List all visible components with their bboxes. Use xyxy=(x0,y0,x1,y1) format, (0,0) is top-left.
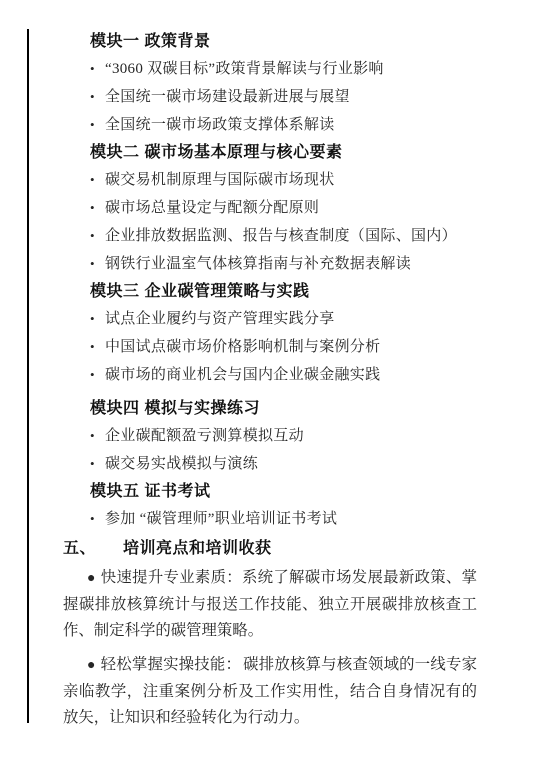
module-5: 模块五 证书考试 • 参加 “碳管理师”职业培训证书考试 xyxy=(63,478,482,533)
module-2-title: 模块二 碳市场基本原理与核心要素 xyxy=(90,139,482,166)
list-item: • 试点企业履约与资产管理实践分享 xyxy=(90,305,482,333)
list-item: • 企业碳配额盈亏测算模拟互动 xyxy=(90,422,482,450)
list-item-text: 参加 “碳管理师”职业培训证书考试 xyxy=(105,506,337,533)
bullet-dot-icon: • xyxy=(90,111,105,138)
bullet-dot-icon: • xyxy=(90,166,105,193)
list-item-text: 企业碳配额盈亏测算模拟互动 xyxy=(105,423,304,450)
list-item: • 企业排放数据监测、报告与核查制度（国际、国内） xyxy=(90,222,482,250)
page-content: 模块一 政策背景 • “3060 双碳目标”政策背景解读与行业影响 • 全国统一… xyxy=(63,28,482,739)
list-item-text: 试点企业履约与资产管理实践分享 xyxy=(105,306,335,333)
list-item-text: 钢铁行业温室气体核算指南与补充数据表解读 xyxy=(105,251,411,278)
filled-circle-icon: ● xyxy=(87,571,96,586)
highlight-paragraph-1: ●快速提升专业素质：系统了解碳市场发展最新政策、掌握碳排放核算统计与报送工作技能… xyxy=(63,565,477,644)
list-item: • 碳交易机制原理与国际碳市场现状 xyxy=(90,166,482,194)
bullet-dot-icon: • xyxy=(90,250,105,277)
list-item-text: 全国统一碳市场建设最新进展与展望 xyxy=(105,84,350,111)
bullet-dot-icon: • xyxy=(90,422,105,449)
highlight-paragraph-2: ●轻松掌握实操技能： 碳排放核算与核查领域的一线专家亲临教学，注重案例分析及工作… xyxy=(63,652,477,731)
bullet-dot-icon: • xyxy=(90,361,105,388)
list-item-text: “3060 双碳目标”政策背景解读与行业影响 xyxy=(105,56,384,83)
list-item-text: 碳市场总量设定与配额分配原则 xyxy=(105,195,319,222)
document-page: 模块一 政策背景 • “3060 双碳目标”政策背景解读与行业影响 • 全国统一… xyxy=(0,0,541,763)
bullet-dot-icon: • xyxy=(90,305,105,332)
bullet-dot-icon: • xyxy=(90,450,105,477)
highlight-text-2: 轻松掌握实操技能： 碳排放核算与核查领域的一线专家亲临教学，注重案例分析及工作实… xyxy=(63,656,477,726)
module-1: 模块一 政策背景 • “3060 双碳目标”政策背景解读与行业影响 • 全国统一… xyxy=(63,28,482,139)
module-2: 模块二 碳市场基本原理与核心要素 • 碳交易机制原理与国际碳市场现状 • 碳市场… xyxy=(63,139,482,278)
section-title: 培训亮点和培训收获 xyxy=(123,535,272,562)
list-item-text: 碳交易机制原理与国际碳市场现状 xyxy=(105,167,335,194)
list-item-text: 中国试点碳市场价格影响机制与案例分析 xyxy=(105,334,380,361)
section-five-heading: 五、 培训亮点和培训收获 xyxy=(63,535,482,562)
list-item: • “3060 双碳目标”政策背景解读与行业影响 xyxy=(90,55,482,83)
module-5-title: 模块五 证书考试 xyxy=(90,478,482,505)
list-item: • 全国统一碳市场政策支撑体系解读 xyxy=(90,111,482,139)
bullet-dot-icon: • xyxy=(90,222,105,249)
section-number: 五、 xyxy=(63,535,123,562)
list-item: • 碳市场的商业机会与国内企业碳金融实践 xyxy=(90,361,482,389)
bullet-dot-icon: • xyxy=(90,194,105,221)
highlight-text-1: 快速提升专业素质：系统了解碳市场发展最新政策、掌握碳排放核算统计与报送工作技能、… xyxy=(63,569,477,639)
list-item: • 碳交易实战模拟与演练 xyxy=(90,450,482,478)
bullet-dot-icon: • xyxy=(90,83,105,110)
module-3: 模块三 企业碳管理策略与实践 • 试点企业履约与资产管理实践分享 • 中国试点碳… xyxy=(63,278,482,389)
module-4-title: 模块四 模拟与实操练习 xyxy=(90,395,482,422)
list-item: • 中国试点碳市场价格影响机制与案例分析 xyxy=(90,333,482,361)
list-item-text: 碳交易实战模拟与演练 xyxy=(105,451,258,478)
module-4: 模块四 模拟与实操练习 • 企业碳配额盈亏测算模拟互动 • 碳交易实战模拟与演练 xyxy=(63,395,482,478)
bullet-dot-icon: • xyxy=(90,333,105,360)
list-item: • 碳市场总量设定与配额分配原则 xyxy=(90,194,482,222)
bullet-dot-icon: • xyxy=(90,55,105,82)
list-item: • 全国统一碳市场建设最新进展与展望 xyxy=(90,83,482,111)
list-item: • 参加 “碳管理师”职业培训证书考试 xyxy=(90,505,482,533)
left-border-rule xyxy=(27,29,29,723)
list-item-text: 碳市场的商业机会与国内企业碳金融实践 xyxy=(105,362,380,389)
module-1-title: 模块一 政策背景 xyxy=(90,28,482,55)
bullet-dot-icon: • xyxy=(90,505,105,532)
list-item: • 钢铁行业温室气体核算指南与补充数据表解读 xyxy=(90,250,482,278)
filled-circle-icon: ● xyxy=(87,658,96,673)
list-item-text: 企业排放数据监测、报告与核查制度（国际、国内） xyxy=(105,223,457,250)
list-item-text: 全国统一碳市场政策支撑体系解读 xyxy=(105,112,335,139)
module-3-title: 模块三 企业碳管理策略与实践 xyxy=(90,278,482,305)
